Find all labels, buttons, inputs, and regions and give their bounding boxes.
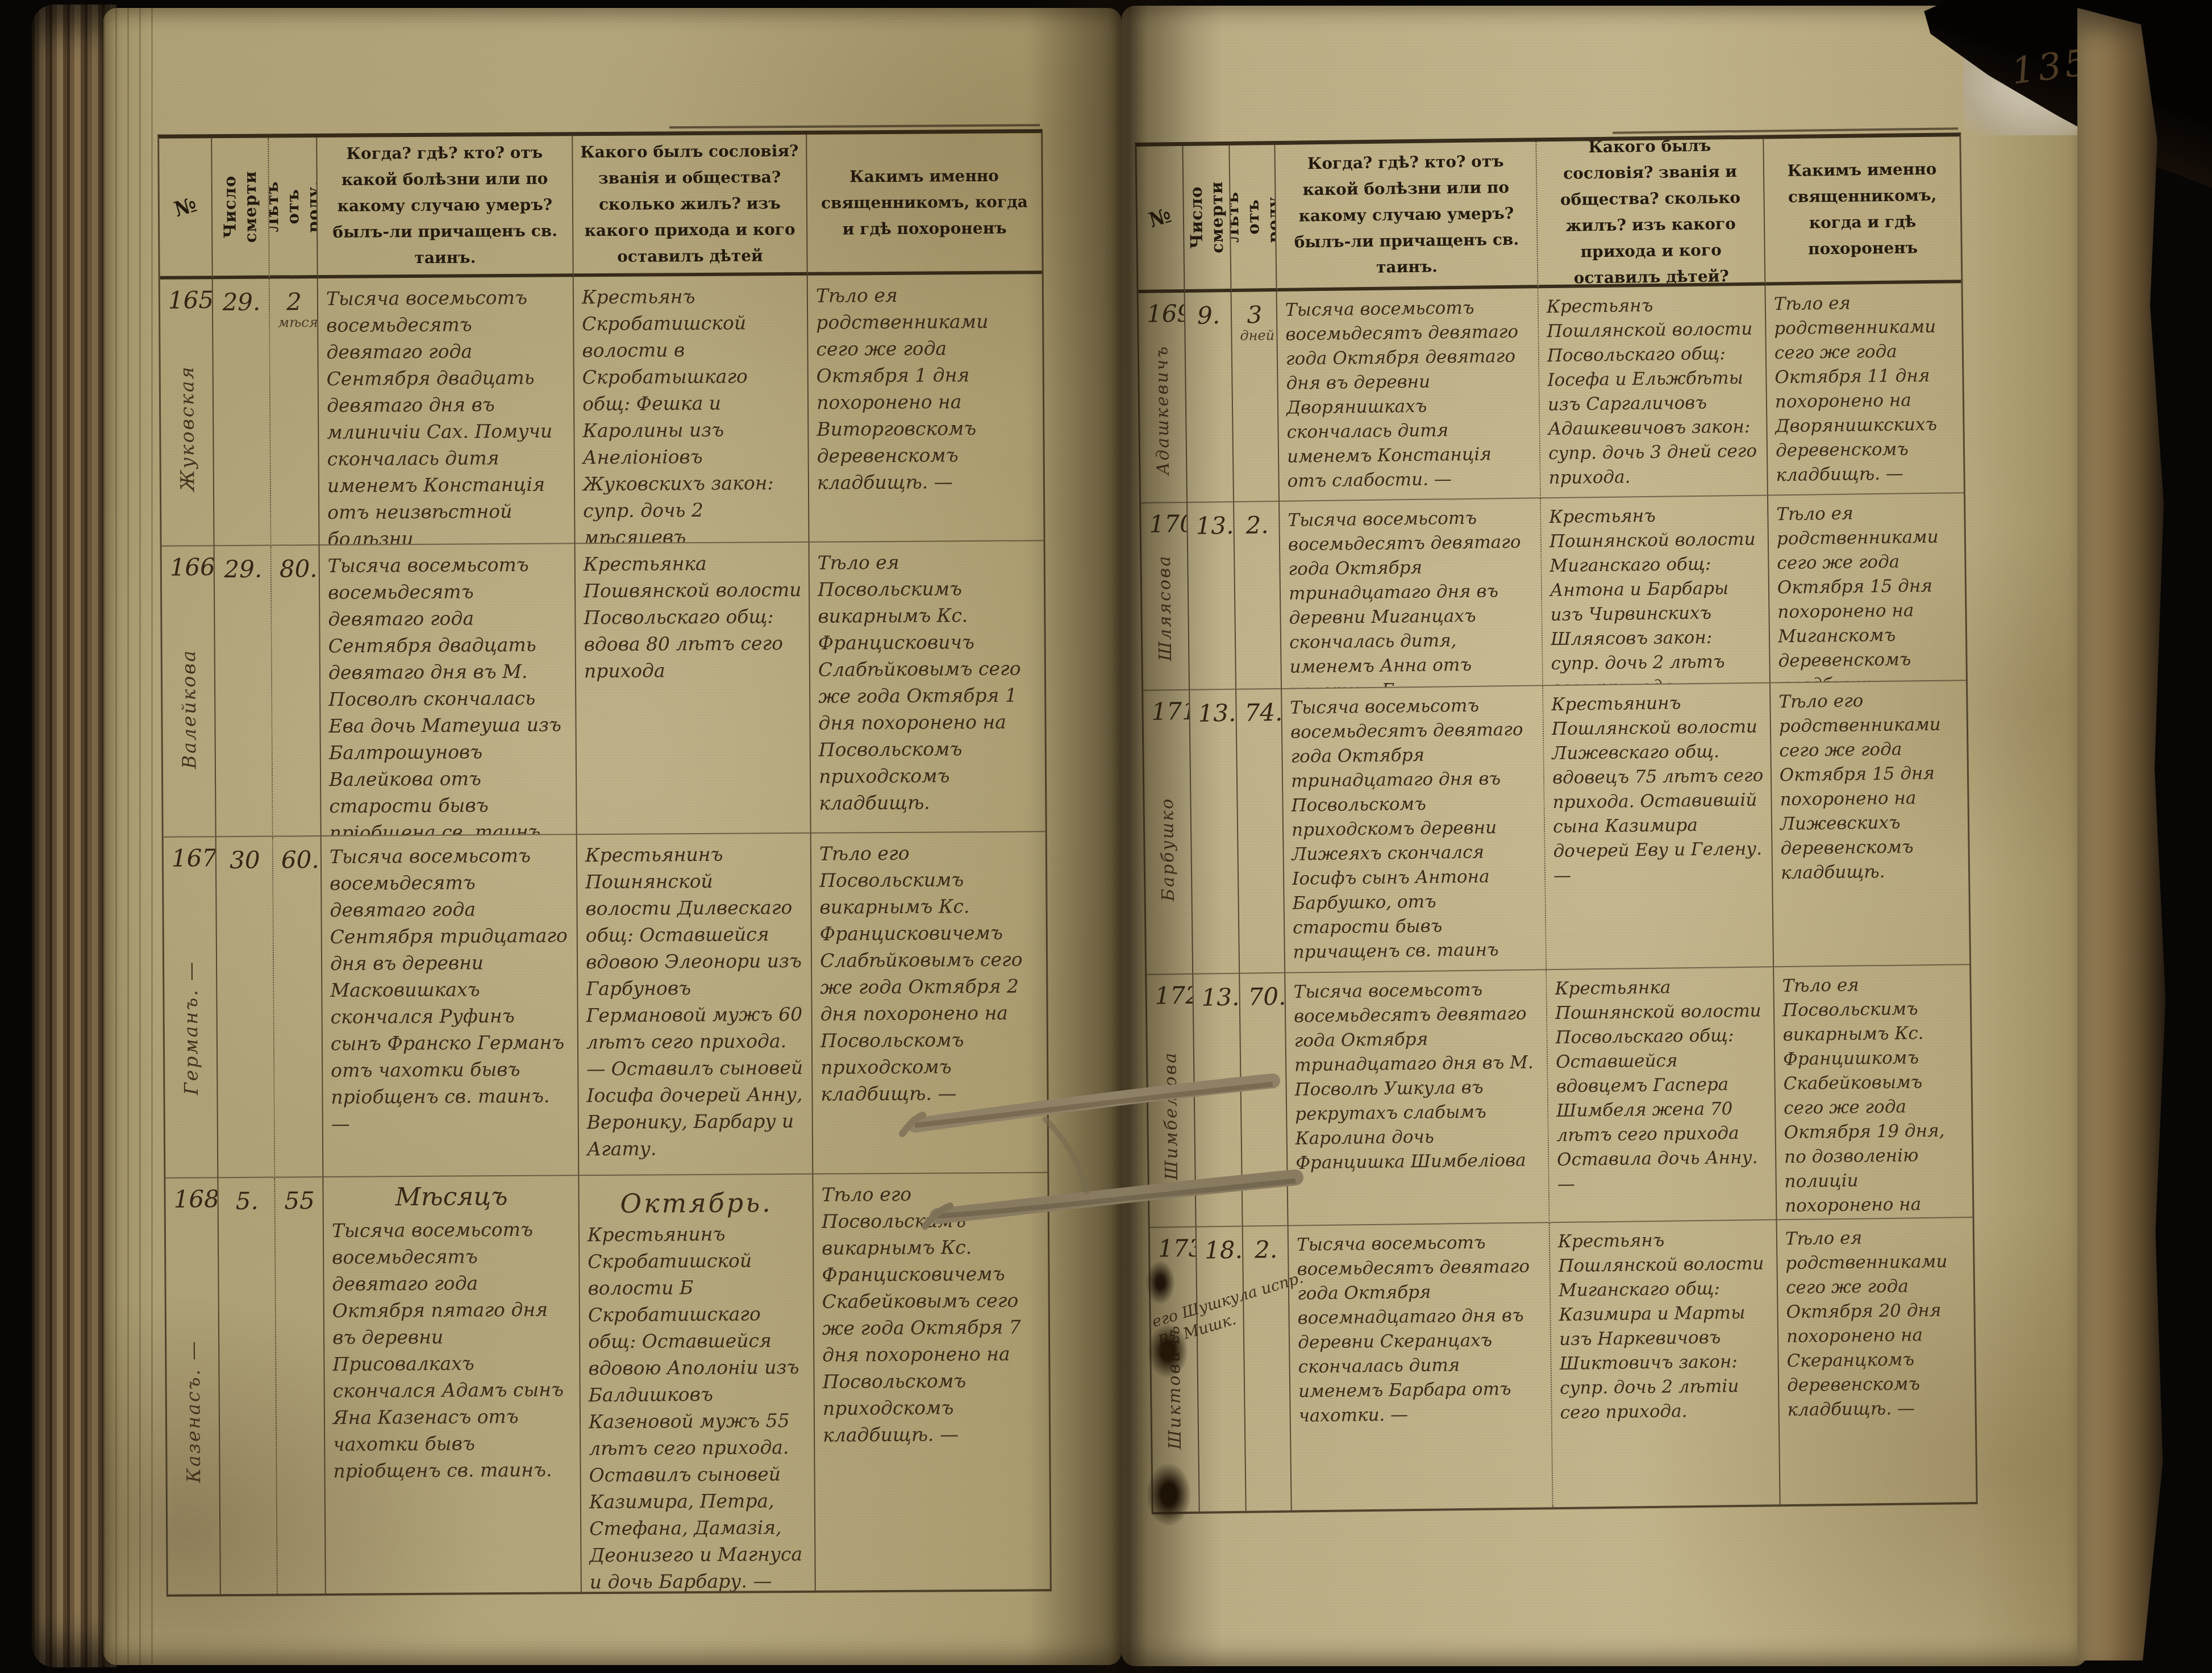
age-cell: 60. (273, 836, 324, 1178)
binding-thread-icon (875, 1040, 1318, 1301)
age-cell: 80. (272, 546, 322, 837)
priest-cell: Тѣло ея Посвольскимъ викарнымъ Кс. Франц… (810, 541, 1045, 834)
estate-cell: Крестьянъ Пошнянской волости Миганскаго … (1541, 496, 1771, 686)
header-age: Лѣтъ отъ роду. (269, 138, 318, 279)
month-name: Октябрь. (579, 1187, 813, 1220)
entry-number: 166. (170, 553, 207, 581)
entry-number-cell: 168. Казенасъ. — (165, 1178, 220, 1595)
entry-number: 168. (173, 1185, 210, 1213)
age-cell: 74. (1236, 689, 1285, 974)
when-cell: Тысяча восемьсотъ восемьдесятъ девятаго … (1289, 1223, 1553, 1510)
entry-margin-surname: Валейкова (177, 589, 201, 828)
book-gutter-shadow (1028, 0, 1222, 1673)
header-no: № (159, 138, 213, 280)
priest-cell: Тѣло ея Посвольскимъ викарнымъ Кс. Франц… (1774, 965, 1972, 1220)
entry-number-cell: 165. Жуковская (160, 279, 215, 547)
entry-number: 167. (172, 844, 209, 872)
age-cell: 3дней (1232, 292, 1280, 502)
header-estate: Какого былъ сословія? званія и общества?… (573, 135, 808, 277)
header-death-date: Число смерти (212, 138, 270, 280)
no-symbol: № (171, 192, 200, 223)
estate-cell: Крестьянинъ Скробатишской волости Б Скро… (579, 1175, 815, 1592)
when-cell: Тысяча восемьсотъ восемьдесятъ девятаго … (323, 1176, 581, 1593)
when-cell: Тысяча восемьсотъ восемьдесятъ девятаго … (318, 277, 576, 546)
estate-cell: Крестьянинъ Пошнянской волости Дилвескаг… (577, 834, 814, 1176)
priest-cell: Тѣло ея родственниками сего же года Октя… (1768, 493, 1966, 683)
estate-cell: Крестьянинъ Пошлянской волости Лижевскаг… (1543, 683, 1774, 970)
header-priest: Какимъ именно священникомъ, когда и гдѣ … (807, 133, 1042, 276)
age-cell: 2. (1234, 502, 1282, 690)
age-cell: 2мѣсяц (270, 278, 320, 546)
estate-cell: Крестьянка Пошвянской волости Посвольска… (576, 543, 811, 835)
death-date-cell: 29. (215, 546, 273, 838)
estate-cell: Крестьянка Пошнянской волости Посвольска… (1547, 967, 1777, 1223)
when-cell: Тысяча восемьсотъ восемьдесятъ девятаго … (1285, 970, 1549, 1226)
when-cell: Тысяча восемьсотъ восемьдесятъ девятаго … (1277, 288, 1541, 502)
register-table-right: № Число смерти Лѣтъ отъ роду. Когда? гдѣ… (1135, 132, 1977, 1514)
binding-stain (1148, 1324, 1188, 1378)
death-date-cell: 5. (218, 1178, 277, 1595)
priest-cell: Тѣло ея родственниками сего же года Октя… (1765, 283, 1963, 496)
death-date-cell: 29. (213, 279, 272, 547)
priest-cell: Тѣло его родственниками сего же года Окт… (1771, 681, 1969, 967)
page-stack-edge-right-icon (2077, 8, 2168, 1660)
binding-stain (1147, 1463, 1191, 1526)
entry-margin-surname: Жуковская (175, 309, 199, 546)
month-word: Мѣсяцъ (323, 1181, 579, 1212)
entry-number-cell: 166. Валейкова (162, 546, 216, 838)
entry-margin-surname: Казенасъ. — (181, 1292, 205, 1530)
when-cell: Тысяча восемьсотъ восемьдесятъ девятаго … (320, 544, 577, 836)
entry-margin-surname: Германъ. — (178, 908, 202, 1147)
entry-number-cell: 167. Германъ. — (164, 837, 219, 1179)
register-table-left: № Число смерти Лѣтъ отъ роду. Когда? гдѣ… (157, 129, 1052, 1596)
header-when: Когда? гдѣ? кто? отъ какой болѣзни или п… (317, 136, 574, 278)
when-cell: Тысяча восемьсотъ восемьдесятъ девятаго … (1280, 498, 1543, 689)
age-cell: 55 (275, 1177, 326, 1594)
header-priest: Какимъ именно священникомъ, когда и гдѣ … (1764, 136, 1961, 285)
estate-cell: Крестьянъ Пошлянской волости Посвольскаг… (1538, 285, 1768, 498)
when-cell: Тысяча восемьсотъ восемьдесятъ девятаго … (1282, 686, 1547, 973)
priest-cell: Тѣло ея родственниками сего же года Октя… (1777, 1218, 1976, 1504)
estate-cell: Крестьянъ Скробатишской волости в Скроба… (574, 276, 810, 544)
binding-stain (1145, 1260, 1175, 1305)
death-date-cell: 30 (216, 837, 276, 1179)
priest-cell: Тѣло ея родственниками сего же года Октя… (808, 274, 1044, 543)
header-age: Лѣтъ отъ роду. (1230, 145, 1277, 292)
when-cell: Тысяча восемьсотъ восемьдесятъ девятаго … (322, 835, 580, 1177)
header-when: Когда? гдѣ? кто? отъ какой болѣзни или п… (1275, 142, 1538, 292)
header-estate: Какого былъ сословія? званія и общества?… (1536, 139, 1765, 288)
metrical-book-scan: № Число смерти Лѣтъ отъ роду. Когда? гдѣ… (0, 0, 2212, 1673)
estate-cell: Крестьянъ Пошлянской волости Миганскаго … (1550, 1220, 1781, 1507)
